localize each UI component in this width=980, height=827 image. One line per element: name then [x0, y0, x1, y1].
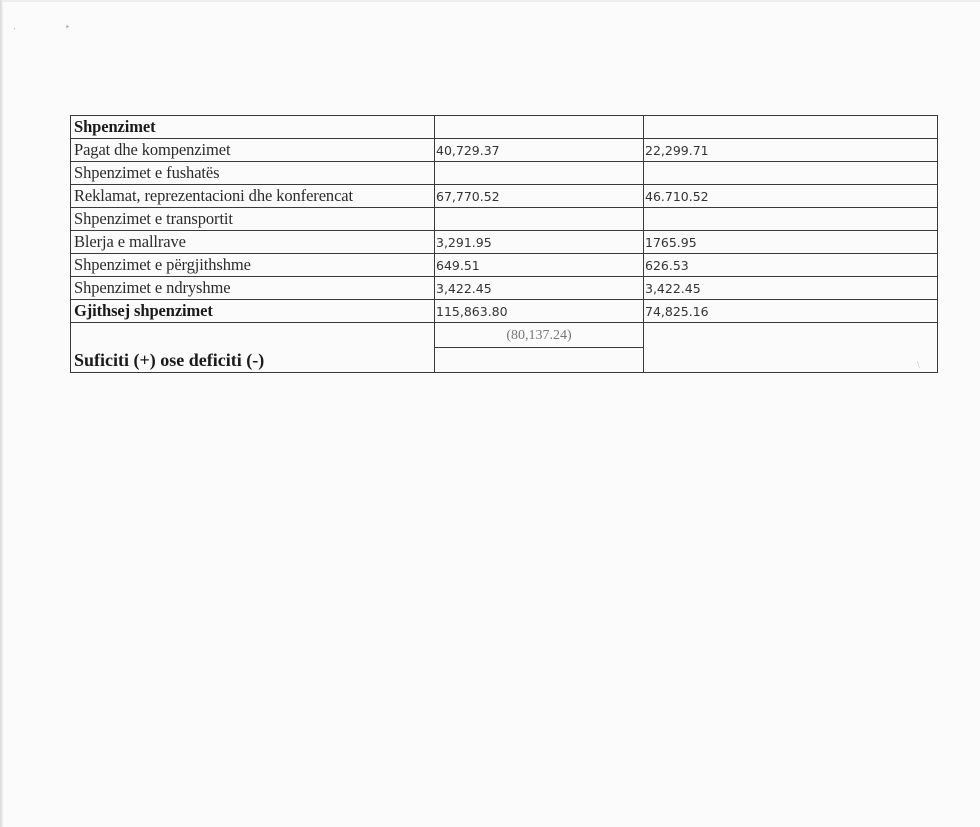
row-value-col3: 3,422.45	[644, 277, 938, 300]
row-value-col2: 3,422.45	[435, 277, 644, 300]
total-row: Gjithsej shpenzimet 115,863.80 74,825.16	[71, 300, 938, 323]
table-row: Pagat dhe kompenzimet 40,729.37 22,299.7…	[71, 139, 938, 162]
scan-mark: ‣	[65, 22, 70, 33]
expenses-table: Shpenzimet Pagat dhe kompenzimet 40,729.…	[70, 115, 938, 373]
row-value-col3	[644, 162, 938, 185]
page-top-edge	[0, 0, 980, 2]
total-label: Gjithsej shpenzimet	[71, 300, 435, 323]
total-value-col2: 115,863.80	[435, 300, 644, 323]
row-value-col2	[435, 208, 644, 231]
row-value-col3: 1765.95	[644, 231, 938, 254]
scan-mark: ‧	[13, 24, 16, 35]
row-label: Blerja e mallrave	[71, 231, 435, 254]
row-value-col2: 67,770.52	[435, 185, 644, 208]
row-value-col3: 22,299.71	[644, 139, 938, 162]
surplus-deficit-label: Suficiti (+) ose deficiti (-)	[71, 323, 435, 373]
section-title: Shpenzimet	[71, 116, 435, 139]
row-value-col2: 40,729.37	[435, 139, 644, 162]
row-value-col2: 3,291.95	[435, 231, 644, 254]
row-label: Shpenzimet e transportit	[71, 208, 435, 231]
table-row: Shpenzimet e përgjithshme 649.51 626.53	[71, 254, 938, 277]
surplus-deficit-value: (80,137.24)	[435, 324, 643, 348]
row-label: Reklamat, reprezentacioni dhe konferenca…	[71, 185, 435, 208]
header-col2	[435, 116, 644, 139]
header-col3	[644, 116, 938, 139]
table-row: Shpenzimet e transportit	[71, 208, 938, 231]
table-row: Reklamat, reprezentacioni dhe konferenca…	[71, 185, 938, 208]
table-row: Blerja e mallrave 3,291.95 1765.95	[71, 231, 938, 254]
page-left-edge	[0, 0, 3, 827]
row-value-col2: 649.51	[435, 254, 644, 277]
surplus-deficit-subcell	[435, 348, 643, 372]
row-label: Pagat dhe kompenzimet	[71, 139, 435, 162]
table-header-row: Shpenzimet	[71, 116, 938, 139]
row-label: Shpenzimet e fushatës	[71, 162, 435, 185]
table-row: Shpenzimet e fushatës	[71, 162, 938, 185]
result-row: Suficiti (+) ose deficiti (-) (80,137.24…	[71, 323, 938, 373]
row-label: Shpenzimet e ndryshme	[71, 277, 435, 300]
surplus-deficit-cell: (80,137.24)	[435, 323, 644, 373]
row-value-col2	[435, 162, 644, 185]
result-value-col3	[644, 323, 938, 373]
table-row: Shpenzimet e ndryshme 3,422.45 3,422.45	[71, 277, 938, 300]
row-value-col3: 46.710.52	[644, 185, 938, 208]
row-value-col3	[644, 208, 938, 231]
row-value-col3: 626.53	[644, 254, 938, 277]
row-label: Shpenzimet e përgjithshme	[71, 254, 435, 277]
total-value-col3: 74,825.16	[644, 300, 938, 323]
scan-mark: \	[917, 360, 920, 371]
